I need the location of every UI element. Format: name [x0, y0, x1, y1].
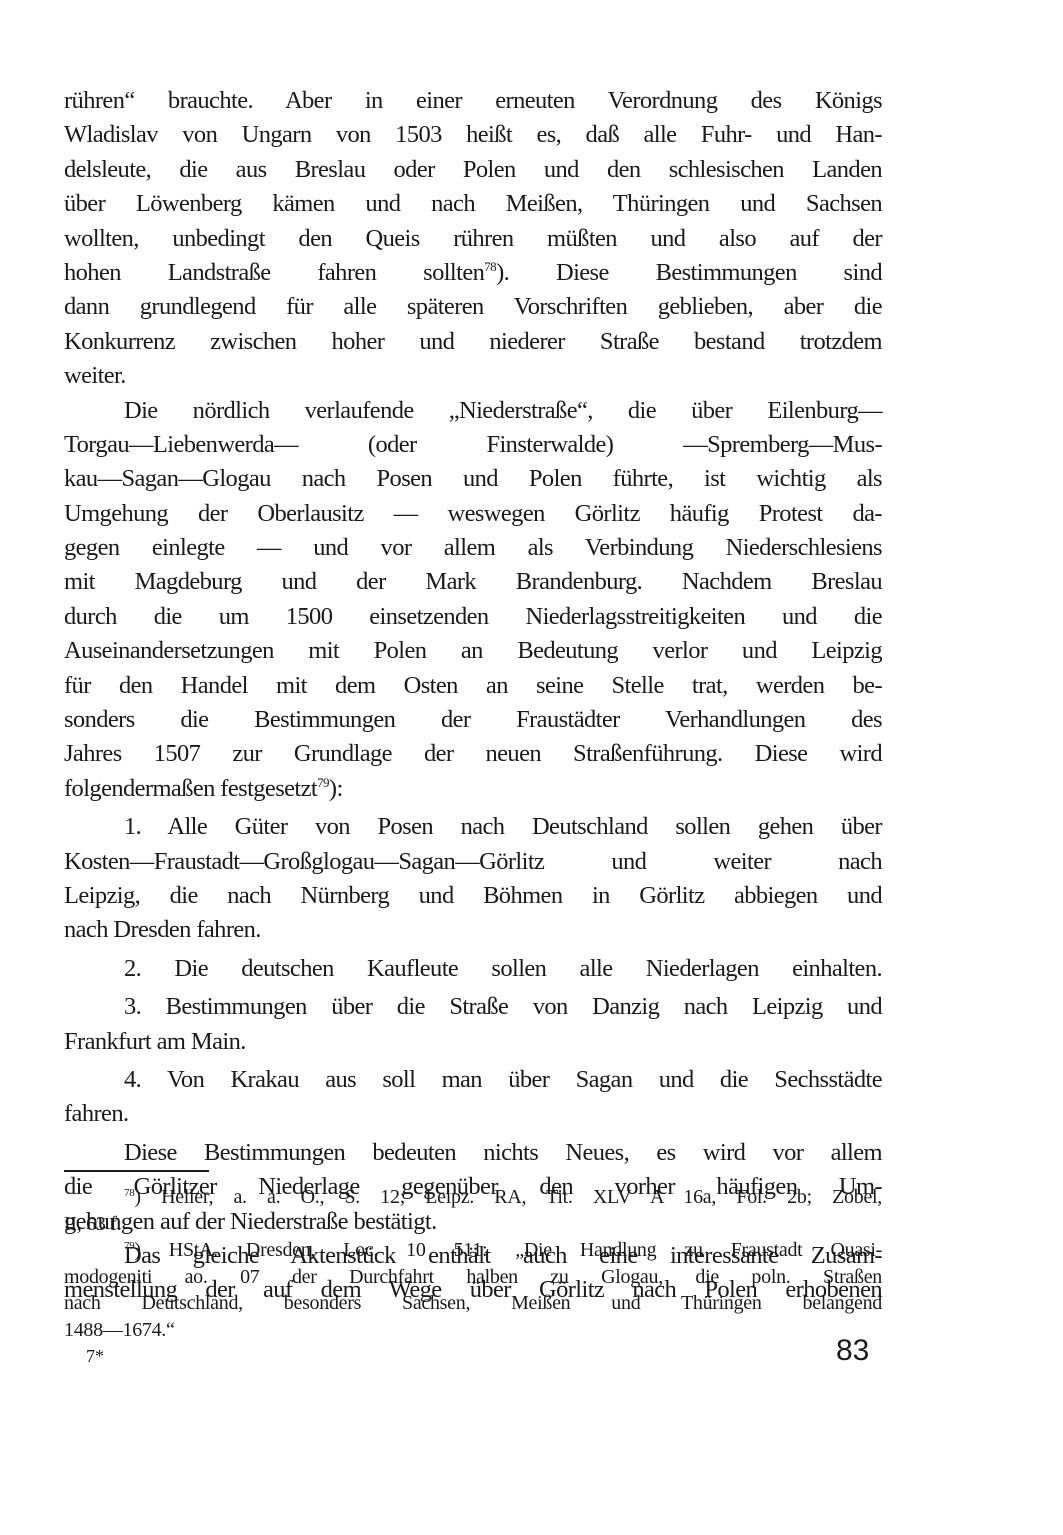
- text-line: weiter.: [64, 359, 882, 393]
- text-line: Kosten—Fraustadt—Großglogau—Sagan—Görlit…: [64, 845, 882, 879]
- page-number: 83: [836, 1334, 869, 1368]
- footnote-text: ) Heller, a. a. O., S. 12; Leipz. RA, Ti…: [134, 1186, 882, 1208]
- footnote-line: II, 63 f.: [64, 1211, 882, 1238]
- list-item-1: 1. Alle Güter von Posen nach Deutschland…: [64, 810, 882, 844]
- text-line: über Löwenberg kämen und nach Meißen, Th…: [64, 187, 882, 221]
- list-item-2: 2. Die deutschen Kaufleute sollen alle N…: [64, 952, 882, 986]
- text-fragment: folgendermaßen festgesetzt: [64, 775, 317, 802]
- text-line: durch die um 1500 einsetzenden Niederlag…: [64, 600, 882, 634]
- text-fragment: ):: [329, 775, 343, 802]
- footnote-78: 78) Heller, a. a. O., S. 12; Leipz. RA, …: [64, 1184, 882, 1211]
- footnote-number: 78: [124, 1187, 134, 1199]
- footnote-text: ) HStA. Dresden, Loc. 10 511: „Die Handl…: [134, 1239, 882, 1261]
- footnotes: 78) Heller, a. a. O., S. 12; Leipz. RA, …: [64, 1184, 882, 1343]
- text-fragment: hohen Landstraße fahren sollten: [64, 259, 484, 286]
- list-item-3: 3. Bestimmungen über die Straße von Danz…: [64, 990, 882, 1024]
- footnote-line: modogeniti ao. 07 der Durchfahrt halben …: [64, 1264, 882, 1291]
- text-fragment: ). Diese Bestimmungen sind: [496, 259, 882, 286]
- text-line: Konkurrenz zwischen hoher und niederer S…: [64, 325, 882, 359]
- text-line: Frankfurt am Main.: [64, 1025, 882, 1059]
- text-line: Jahres 1507 zur Grundlage der neuen Stra…: [64, 737, 882, 771]
- text-line: sonders die Bestimmungen der Fraustädter…: [64, 703, 882, 737]
- text-line: gegen einlegte — und vor allem als Verbi…: [64, 531, 882, 565]
- text-line: dann grundlegend für alle späteren Vorsc…: [64, 290, 882, 324]
- text-line: Auseinandersetzungen mit Polen an Bedeut…: [64, 634, 882, 668]
- main-text: rühren“ brauchte. Aber in einer erneuten…: [64, 84, 882, 1308]
- footnote-divider: [64, 1170, 209, 1172]
- footnote-ref-79[interactable]: 79: [317, 775, 329, 790]
- text-line: nach Dresden fahren.: [64, 913, 882, 947]
- text-line: Die nördlich verlaufende „Niederstraße“,…: [64, 394, 882, 428]
- list-item-4: 4. Von Krakau aus soll man über Sagan un…: [64, 1063, 882, 1097]
- text-line: für den Handel mit dem Osten an seine St…: [64, 669, 882, 703]
- footnote-line: 1488—1674.“: [64, 1317, 882, 1344]
- footnote-line: nach Deutschland, besonders Sachsen, Mei…: [64, 1290, 882, 1317]
- footnote-ref-78[interactable]: 78: [484, 259, 496, 274]
- text-line: fahren.: [64, 1097, 882, 1131]
- text-line: Umgehung der Oberlausitz — weswegen Görl…: [64, 497, 882, 531]
- text-line: Diese Bestimmungen bedeuten nichts Neues…: [64, 1136, 882, 1170]
- text-line: wollten, unbedingt den Queis rühren müßt…: [64, 222, 882, 256]
- text-line: rühren“ brauchte. Aber in einer erneuten…: [64, 84, 882, 118]
- footnote-79: 79) HStA. Dresden, Loc. 10 511: „Die Han…: [64, 1237, 882, 1264]
- text-line: kau—Sagan—Glogau nach Posen und Polen fü…: [64, 462, 882, 496]
- text-line: Leipzig, die nach Nürnberg und Böhmen in…: [64, 879, 882, 913]
- signature-mark: 7*: [86, 1346, 104, 1367]
- footnote-number: 79: [124, 1240, 134, 1252]
- text-line: folgendermaßen festgesetzt79):: [64, 772, 882, 806]
- text-line: mit Magdeburg und der Mark Brandenburg. …: [64, 565, 882, 599]
- text-line: Wladislav von Ungarn von 1503 heißt es, …: [64, 118, 882, 152]
- text-line: hohen Landstraße fahren sollten78). Dies…: [64, 256, 882, 290]
- text-line: delsleute, die aus Breslau oder Polen un…: [64, 153, 882, 187]
- text-line: Torgau—Liebenwerda— (oder Finsterwalde) …: [64, 428, 882, 462]
